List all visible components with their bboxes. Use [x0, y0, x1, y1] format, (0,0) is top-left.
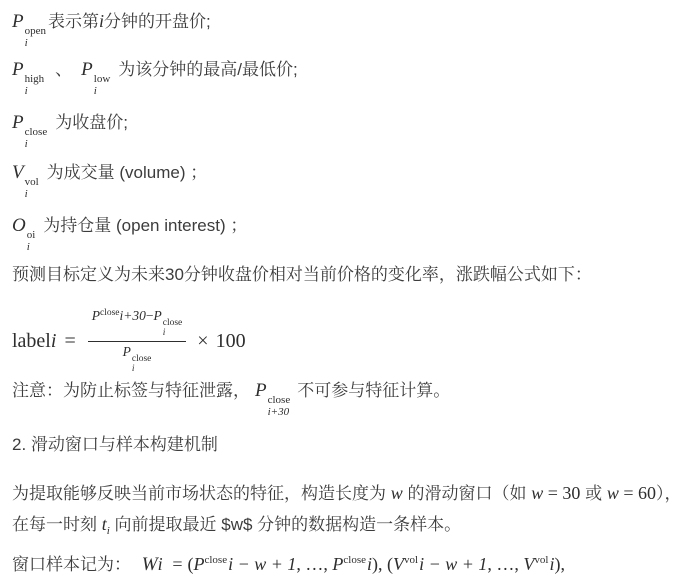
times-sign: × — [197, 327, 208, 356]
line-open-price-definition: Popeni表示第i分钟的开盘价; — [12, 8, 211, 49]
math-superscript: close — [268, 394, 291, 406]
formula-label-word: label — [12, 327, 51, 356]
math-superscript: vol — [404, 554, 418, 566]
math-script-W-i: Wi — [142, 555, 163, 574]
ellipsis-segment: , …, — [296, 554, 332, 574]
text-segment: 表示第 — [48, 12, 99, 31]
math-base: P — [12, 11, 24, 32]
line-close-price-definition: Pclosei为收盘价; — [12, 109, 128, 150]
math-superscript: vol — [25, 176, 39, 188]
math-base: P — [193, 554, 204, 574]
math-script-W: W — [142, 554, 158, 575]
math-subscript: i — [25, 138, 28, 150]
math-V-vol: Vvol — [523, 555, 549, 574]
math-var-i: i — [158, 554, 163, 574]
text-segment: 不可参与特征计算。 — [297, 381, 450, 400]
paragraph-leakage-note: 注意：为防止标签与特征泄露，Pclosei+30不可参与特征计算。 — [12, 377, 450, 418]
math-var-w: w — [391, 483, 403, 503]
text-segment: 为成交量 (volume) ； — [47, 163, 208, 182]
fraction: Pclosei+30−PcloseiPclosei — [88, 308, 187, 375]
math-base: P — [332, 554, 343, 574]
paragraph-sliding-window: 为提取能够反映当前市场状态的特征，构造长度为 w 的滑动窗口（如 w = 30 … — [12, 478, 684, 547]
math-base: O — [12, 215, 26, 236]
text-segment: 注意：为防止标签与特征泄露， — [12, 381, 250, 400]
equals-sign: = — [64, 327, 75, 356]
math-V-vol: Vvol — [393, 555, 419, 574]
math-var-w: w — [531, 483, 543, 503]
text-segment: 为持仓量 (open interest) ； — [43, 216, 247, 235]
ellipsis-segment: , …, — [487, 554, 523, 574]
math-subscript: i+30 — [268, 406, 289, 418]
math-P-low-i: Plowi — [81, 60, 112, 79]
math-index-range: i − w + 1 — [419, 554, 487, 574]
math-base: P — [12, 59, 24, 80]
math-superscript: high — [25, 73, 45, 85]
math-base: V — [523, 554, 534, 574]
text-segment: 预测目标定义为未来30分钟收盘价相对当前价格的变化率，涨跌幅公式如下： — [12, 265, 592, 284]
math-superscript: vol — [534, 554, 548, 566]
math-superscript: oi — [27, 229, 36, 241]
math-index-range: i − w + 1 — [228, 554, 296, 574]
math-equals-60: = 60 — [619, 483, 656, 503]
math-P-open-i: Popeni — [12, 12, 48, 31]
formula-window-sample: 窗口样本记为： Wi =(Pclosei − w + 1, …, Pclosei… — [12, 551, 565, 577]
text-segment: 窗口样本记为： — [12, 555, 131, 574]
text-segment: 为收盘价; — [55, 113, 128, 132]
math-subscript: i — [132, 365, 135, 375]
close-paren: ), — [554, 554, 565, 574]
math-subscript: i — [25, 37, 28, 49]
math-base: P — [255, 380, 267, 401]
math-P-close-i: Pclosei — [12, 113, 49, 132]
section-heading-sliding-window: 2. 滑动窗口与样本构建机制 — [12, 433, 218, 458]
math-base: P — [12, 112, 24, 133]
math-superscript: close — [343, 554, 366, 566]
math-base: P — [81, 59, 93, 80]
math-superscript: close — [204, 554, 227, 566]
line-volume-definition: Vvoli为成交量 (volume) ； — [12, 159, 207, 200]
math-P-close: Pclose — [332, 555, 367, 574]
math-P-high-i: Phighi — [12, 60, 46, 79]
math-O-oi-i: Ooii — [12, 216, 37, 235]
line-open-interest-definition: Ooii为持仓量 (open interest) ； — [12, 212, 247, 253]
math-P-close-i-plus-30: Pclosei+30 — [255, 381, 292, 400]
math-V-vol-i: Vvoli — [12, 163, 41, 182]
heading-text: 2. 滑动窗口与样本构建机制 — [12, 435, 218, 454]
text-segment: 向前提取最近 $w$ 分钟的数据构造一条样本。 — [110, 515, 461, 534]
formula-label: labeli=Pclosei+30−PcloseiPclosei×100 — [12, 308, 246, 375]
math-superscript: close — [163, 319, 183, 329]
constant-100: 100 — [216, 327, 246, 356]
math-superscript: low — [94, 73, 111, 85]
fraction-numerator: Pclosei+30−Pclosei — [88, 308, 187, 342]
text-segment: 为该分钟的最高/最低价; — [118, 60, 297, 79]
math-superscript: close — [25, 126, 48, 138]
text-segment: 或 — [580, 484, 606, 503]
math-base: P — [154, 308, 162, 323]
math-superscript: open — [25, 25, 46, 37]
enumeration-comma: 、 — [55, 60, 72, 79]
paren-segment: ), ( — [372, 554, 393, 574]
math-subscript: i — [25, 85, 28, 97]
math-superscript: close — [100, 308, 120, 318]
math-base: P — [123, 344, 131, 359]
math-subscript: i — [27, 241, 30, 253]
text-segment: 的滑动窗口（如 — [403, 484, 531, 503]
math-subscript: i — [163, 329, 166, 339]
math-t-i: ti — [102, 515, 110, 534]
math-P-close: Pclose — [193, 555, 228, 574]
formula-label-index: i — [51, 327, 57, 356]
minus-sign: − — [146, 308, 154, 323]
math-base: V — [393, 554, 404, 574]
paragraph-prediction-target: 预测目标定义为未来30分钟收盘价相对当前价格的变化率，涨跌幅公式如下： — [12, 263, 592, 288]
text-segment: 为提取能够反映当前市场状态的特征，构造长度为 — [12, 484, 391, 503]
fraction-denominator: Pclosei — [88, 342, 187, 375]
equals-sign: = — [172, 554, 182, 574]
math-equals-30: = 30 — [543, 483, 580, 503]
math-base: V — [12, 162, 24, 183]
math-base: P — [92, 308, 100, 323]
math-subscript: i — [94, 85, 97, 97]
line-high-low-definition: Phighi、Plowi为该分钟的最高/最低价; — [12, 56, 298, 97]
math-subscript: i — [25, 188, 28, 200]
math-var-w: w — [607, 483, 619, 503]
text-segment: 分钟的开盘价; — [104, 12, 211, 31]
math-subexpr: i+30 — [120, 308, 146, 323]
